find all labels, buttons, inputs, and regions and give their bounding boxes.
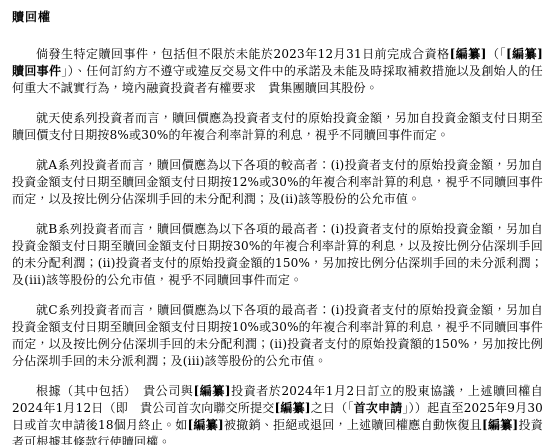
text-segment: 就A系列投資者而言，贖回價應為以下各項的較高者：(i)投資者支付的原始投資金額，… [12, 158, 543, 206]
paragraph-series-c: 就C系列投資者而言，贖回價應為以下各項的最高者：(i)投資者支付的原始投資金額，… [12, 302, 543, 370]
bold-text-segment: [編纂] [450, 47, 487, 61]
text-segment: 就C系列投資者而言，贖回價應為以下各項的最高者：(i)投資者支付的原始投資金額，… [12, 303, 543, 368]
text-segment: 根據（其中包括） 貴公司與 [36, 384, 193, 398]
text-segment: 」）、任何訂約方不遵守或違反交易文件中的承諾及未能及時採取補救措施以及創始人的任… [12, 64, 543, 95]
text-segment: 就B系列投資者而言，贖回價應為以下各項的最高者：(i)投資者支付的原始投資金額，… [12, 222, 543, 287]
bold-text-segment: [編纂] [275, 401, 311, 415]
text-segment: 就天使系列投資者而言，贖回價應為投資者支付的原始投資金額，另加自投資金額支付日期… [12, 111, 543, 142]
text-segment: 之日（「 [311, 401, 354, 415]
document-page: 贖回權 倘發生特定贖回事件，包括但不限於未能於2023年12月31日前完成合資格… [0, 0, 554, 445]
bold-text-segment: [編纂] [187, 418, 223, 432]
bold-text-segment: [編纂] [193, 384, 230, 398]
document-body: 倘發生特定贖回事件，包括但不限於未能於2023年12月31日前完成合資格[編纂]… [12, 46, 543, 445]
paragraph-series-a: 就A系列投資者而言，贖回價應為以下各項的較高者：(i)投資者支付的原始投資金額，… [12, 157, 543, 208]
text-segment: 被撤銷、拒絕或退回，上述贖回權應自動恢復且 [224, 418, 482, 432]
document-title: 贖回權 [12, 8, 543, 25]
text-segment: 倘發生特定贖回事件，包括但不限於未能於2023年12月31日前完成合資格 [36, 47, 450, 61]
paragraph-redemption-trigger: 倘發生特定贖回事件，包括但不限於未能於2023年12月31日前完成合資格[編纂]… [12, 46, 543, 97]
text-segment: （「 [487, 47, 506, 61]
bold-text-segment: 首次申請 [354, 401, 403, 415]
paragraph-series-b: 就B系列投資者而言，贖回價應為以下各項的最高者：(i)投資者支付的原始投資金額，… [12, 221, 543, 289]
paragraph-shareholders-agreement: 根據（其中包括） 貴公司與[編纂]投資者於2024年1月2日訂立的股東協議，上述… [12, 383, 543, 445]
bold-text-segment: [編纂] [482, 418, 518, 432]
paragraph-angel-series: 就天使系列投資者而言，贖回價應為投資者支付的原始投資金額，另加自投資金額支付日期… [12, 110, 543, 144]
